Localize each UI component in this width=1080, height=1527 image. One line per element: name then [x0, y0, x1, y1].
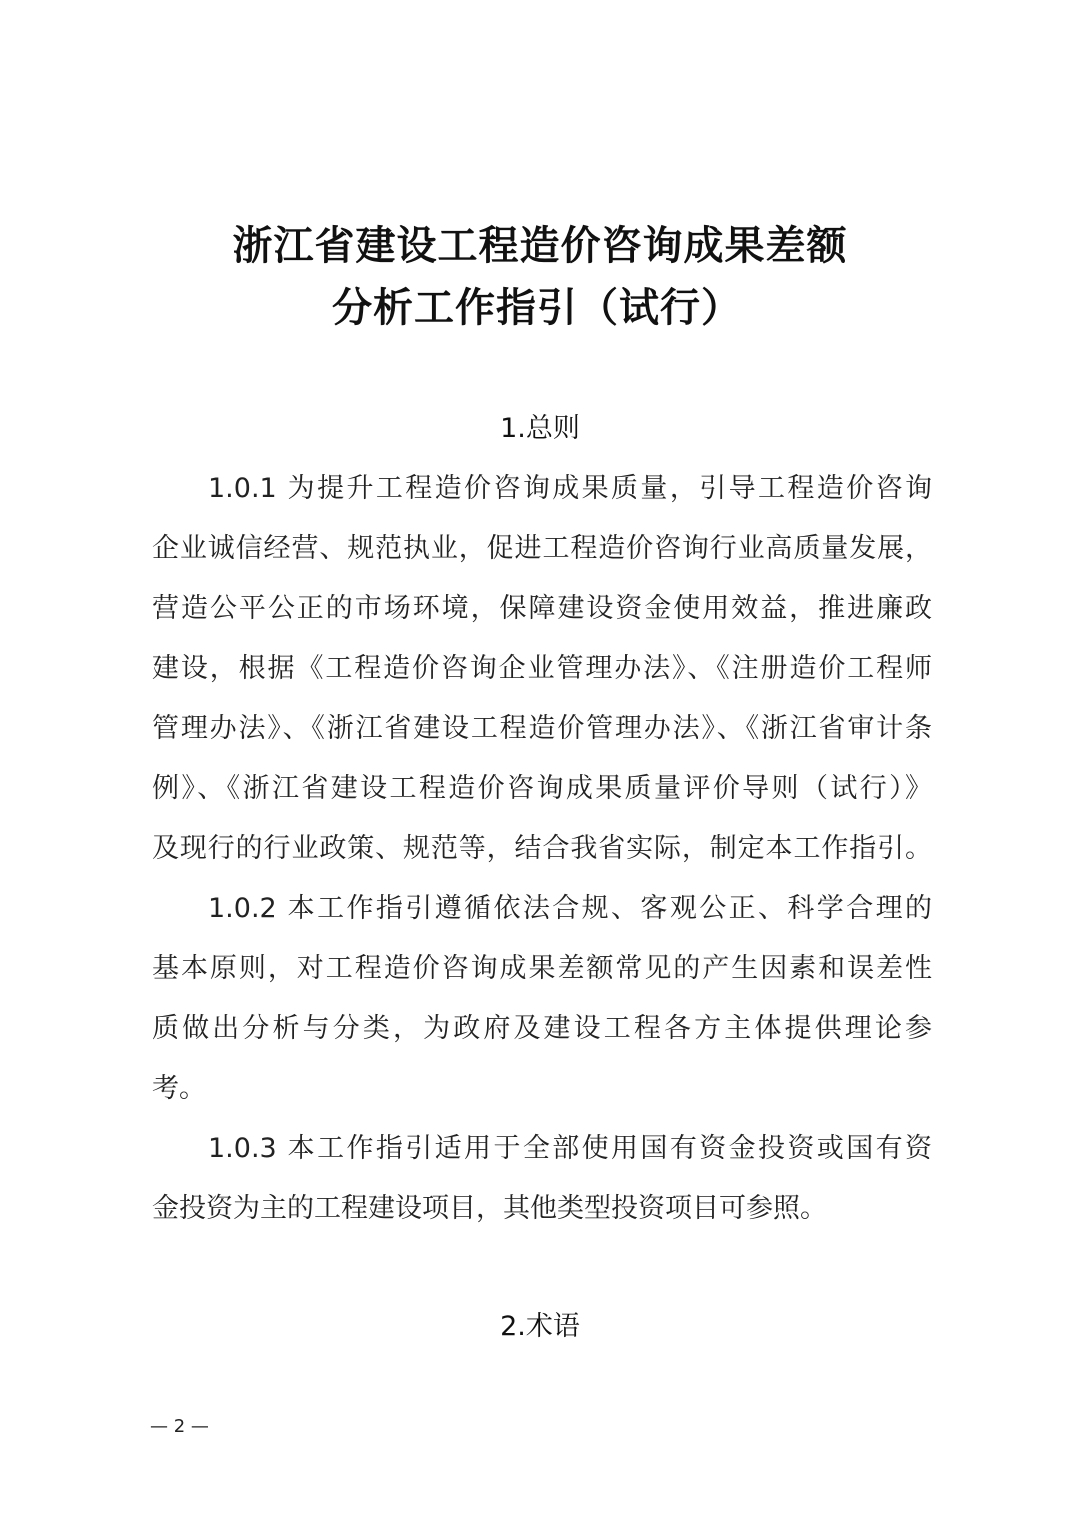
clause-1-0-1-line-3: 营造公平公正的市场环境，保障建设资金使用效益，推进廉政	[152, 586, 932, 626]
clause-1-0-3-line-1: 1.0.3 本工作指引适用于全部使用国有资金投资或国有资	[208, 1126, 932, 1166]
section-heading-terms: 2.术语	[0, 1304, 1080, 1343]
section-heading-general: 1.总则	[0, 406, 1080, 445]
clause-1-0-2-line-3: 质做出分析与分类，为政府及建设工程各方主体提供理论参	[152, 1006, 932, 1046]
clause-1-0-1-line-2: 企业诚信经营、规范执业，促进工程造价咨询行业高质量发展，	[152, 526, 932, 566]
clause-1-0-2-line-1: 1.0.2 本工作指引遵循依法合规、客观公正、科学合理的	[208, 886, 932, 926]
document-title-line-1: 浙江省建设工程造价咨询成果差额	[0, 214, 1080, 271]
clause-1-0-1-line-7: 及现行的行业政策、规范等，结合我省实际，制定本工作指引。	[152, 826, 932, 866]
clause-1-0-1-line-6: 例》、《浙江省建设工程造价咨询成果质量评价导则（试行）》	[152, 766, 932, 806]
document-title-line-2: 分析工作指引（试行）	[0, 276, 1077, 333]
clause-1-0-1-line-4: 建设，根据《工程造价咨询企业管理办法》、《注册造价工程师	[152, 646, 932, 686]
clause-1-0-1-line-1: 1.0.1 为提升工程造价咨询成果质量，引导工程造价咨询	[208, 466, 932, 506]
clause-1-0-1-line-5: 管理办法》、《浙江省建设工程造价管理办法》、《浙江省审计条	[152, 706, 932, 746]
clause-1-0-2-line-4: 考。	[152, 1066, 932, 1106]
page-number: — 2 —	[150, 1416, 209, 1437]
clause-1-0-2-line-2: 基本原则，对工程造价咨询成果差额常见的产生因素和误差性	[152, 946, 932, 986]
clause-1-0-3-line-2: 金投资为主的工程建设项目，其他类型投资项目可参照。	[152, 1186, 932, 1226]
document-page: 浙江省建设工程造价咨询成果差额 分析工作指引（试行） 1.总则 1.0.1 为提…	[0, 0, 1080, 1527]
